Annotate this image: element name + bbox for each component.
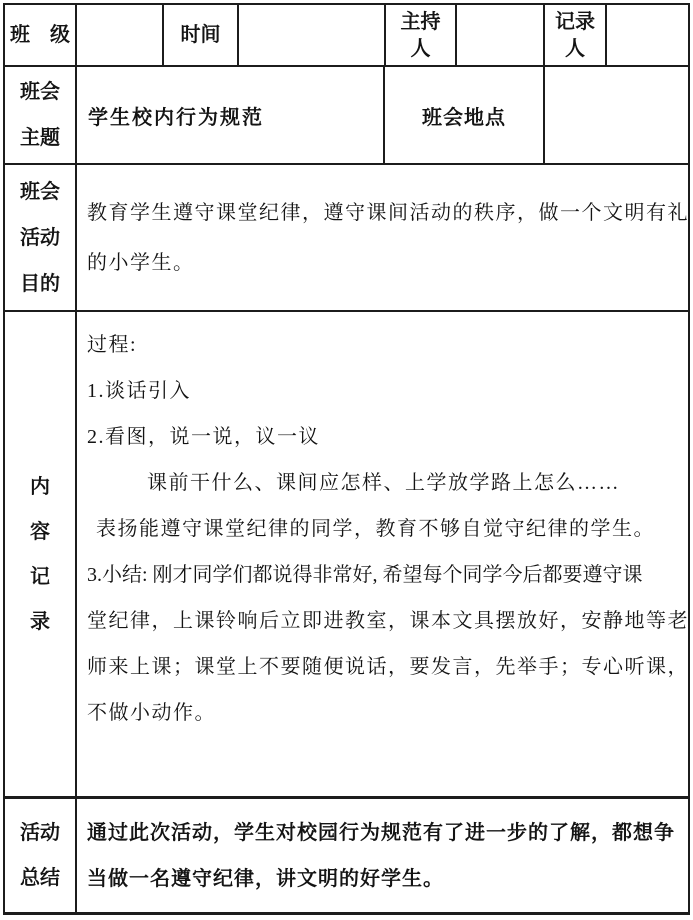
summary-text-line: 当做一名遵守纪律，讲文明的好学生。 (87, 856, 684, 902)
content-text-line: 表扬能遵守课堂纪律的同学，教育不够自觉守纪律的学生。 (87, 506, 684, 552)
purpose-label-line: 班会 (20, 182, 60, 202)
purpose-text-line: 教育学生遵守课堂纪律，遵守课间活动的秩序，做一个文明有礼 (87, 188, 684, 238)
time-label: 时间 (164, 5, 239, 65)
recorder-value-field[interactable] (607, 5, 688, 65)
class-label: 班 级 (5, 5, 77, 65)
content-label-char: 内 (30, 477, 50, 497)
content-label-char: 记 (30, 567, 50, 587)
theme-label: 班会 主题 (5, 67, 77, 163)
recorder-label-line: 人 (565, 39, 585, 59)
content-text-line: 师来上课；课堂上不要随便说话，要发言，先举手；专心听课， (87, 644, 684, 690)
summary-text-line: 通过此次活动，学生对校园行为规范有了进一步的了解，都想争 (87, 810, 684, 856)
content-label-char: 录 (30, 612, 50, 632)
location-label: 班会地点 (385, 67, 545, 163)
theme-label-line: 班会 (20, 82, 60, 102)
content-text-line: 堂纪律，上课铃响后立即进教室，课本文具摆放好，安静地等老 (87, 598, 684, 644)
content-label: 内 容 记 录 (5, 312, 77, 796)
host-label: 主持 人 (386, 5, 457, 65)
purpose-text: 教育学生遵守课堂纪律，遵守课间活动的秩序，做一个文明有礼 的小学生。 (77, 165, 688, 310)
summary-label-line: 活动 (20, 823, 60, 843)
content-text-line: 1.谈话引入 (87, 368, 684, 414)
purpose-label-line: 目的 (20, 274, 60, 294)
content-text-line: 不做小动作。 (87, 690, 684, 736)
host-value-field[interactable] (457, 5, 545, 65)
content-row: 内 容 记 录 过程: 1.谈话引入 2.看图，说一说，议一议 课前干什么、课间… (5, 312, 688, 799)
purpose-label: 班会 活动 目的 (5, 165, 77, 310)
content-label-char: 容 (30, 522, 50, 542)
class-value-field[interactable] (77, 5, 164, 65)
purpose-text-line: 的小学生。 (87, 238, 684, 288)
time-value-field[interactable] (239, 5, 386, 65)
purpose-label-line: 活动 (20, 228, 60, 248)
location-value-field[interactable] (545, 67, 688, 163)
summary-label-line: 总结 (20, 868, 60, 888)
theme-row: 班会 主题 学生校内行为规范 班会地点 (5, 67, 688, 165)
content-text-line: 课前干什么、课间应怎样、上学放学路上怎么…… (87, 460, 684, 506)
theme-value: 学生校内行为规范 (77, 67, 385, 163)
content-text-line: 2.看图，说一说，议一议 (87, 414, 684, 460)
summary-text: 通过此次活动，学生对校园行为规范有了进一步的了解，都想争 当做一名遵守纪律，讲文… (77, 799, 688, 912)
class-meeting-record-table: 班 级 时间 主持 人 记录 人 班会 主题 学生校内行为规范 班会地点 班会 … (3, 3, 690, 915)
recorder-label-line: 记录 (555, 12, 595, 32)
content-text-line: 过程: (87, 322, 684, 368)
content-text-line: 3.小结: 刚才同学们都说得非常好, 希望每个同学今后都要遵守课 (87, 552, 684, 598)
purpose-row: 班会 活动 目的 教育学生遵守课堂纪律，遵守课间活动的秩序，做一个文明有礼 的小… (5, 165, 688, 312)
host-label-line: 主持 (401, 12, 441, 32)
host-label-line: 人 (411, 39, 431, 59)
recorder-label: 记录 人 (545, 5, 607, 65)
header-row: 班 级 时间 主持 人 记录 人 (5, 5, 688, 67)
theme-label-line: 主题 (20, 128, 60, 148)
summary-row: 活动 总结 通过此次活动，学生对校园行为规范有了进一步的了解，都想争 当做一名遵… (5, 799, 688, 912)
summary-label: 活动 总结 (5, 799, 77, 912)
content-text: 过程: 1.谈话引入 2.看图，说一说，议一议 课前干什么、课间应怎样、上学放学… (77, 312, 688, 796)
